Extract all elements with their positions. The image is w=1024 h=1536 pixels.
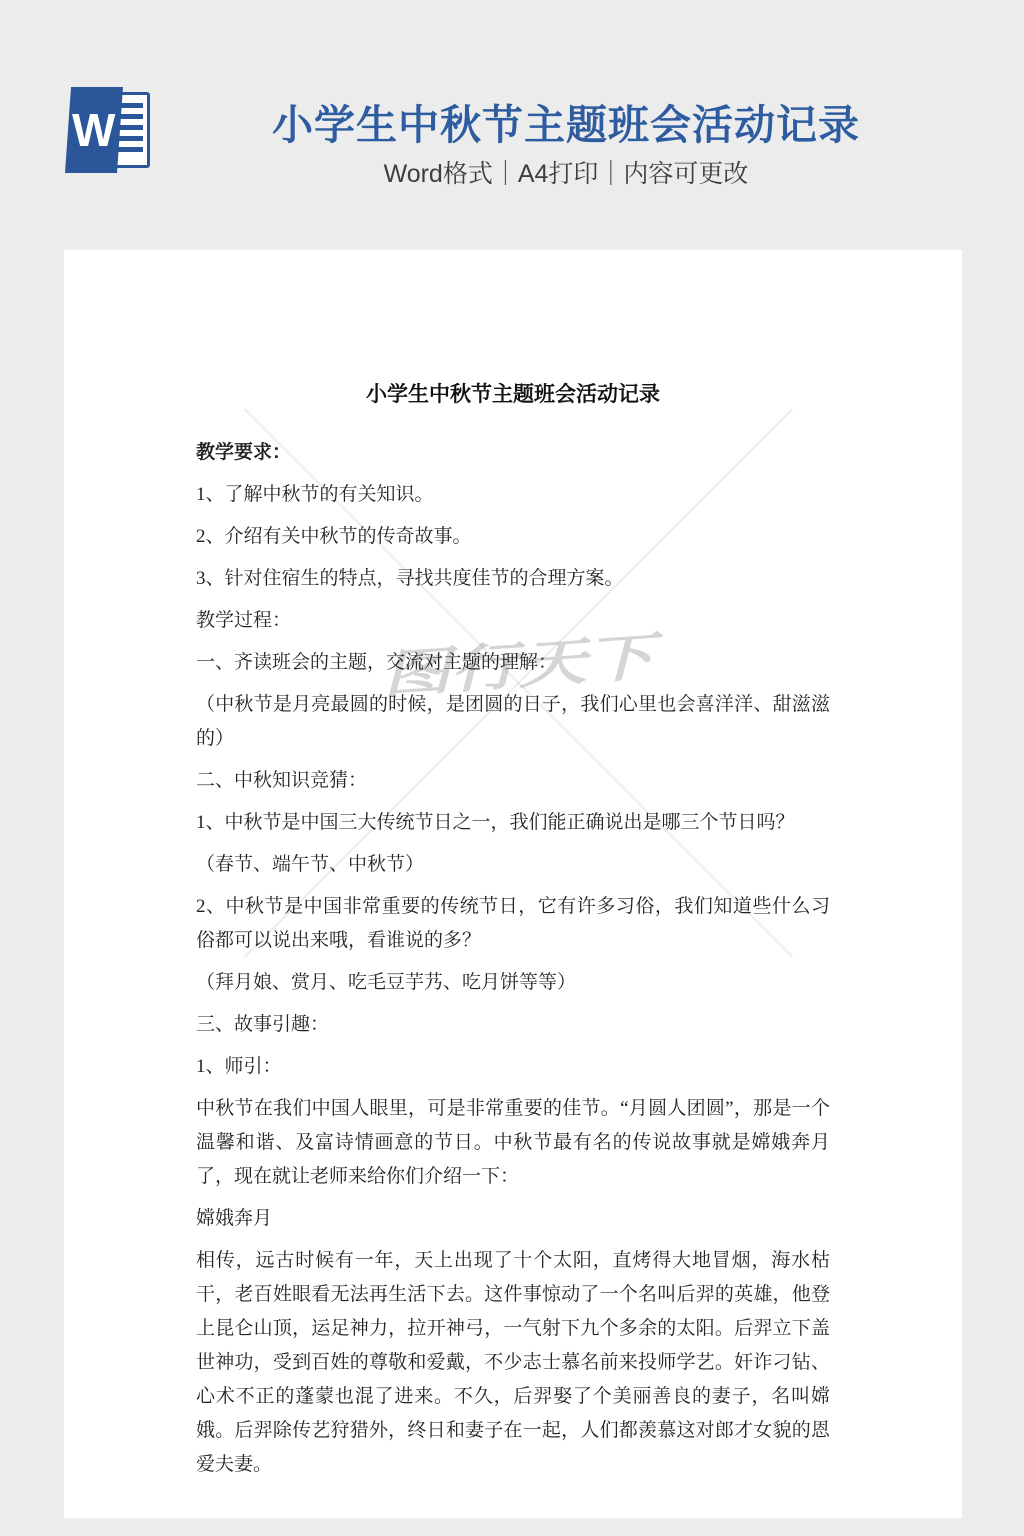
paragraph: 三、故事引趣：: [196, 1008, 830, 1042]
preview-subtitle: Word格式｜A4打印｜内容可更改: [104, 154, 1024, 190]
paragraph: （拜月娘、赏月、吃毛豆芋艿、吃月饼等等）: [196, 966, 830, 1000]
paragraph: 1、师引：: [196, 1050, 830, 1084]
document-page: 图行天下 小学生中秋节主题班会活动记录 教学要求：1、了解中秋节的有关知识。2、…: [64, 250, 962, 1518]
paragraph: 2、介绍有关中秋节的传奇故事。: [196, 520, 830, 554]
paragraph: 二、中秋知识竞猜：: [196, 764, 830, 798]
preview-title: 小学生中秋节主题班会活动记录: [104, 92, 1024, 151]
paragraph: 教学要求：: [196, 436, 830, 470]
paragraph: 1、了解中秋节的有关知识。: [196, 478, 830, 512]
document-content: 小学生中秋节主题班会活动记录 教学要求：1、了解中秋节的有关知识。2、介绍有关中…: [64, 377, 962, 1482]
paragraph: 中秋节在我们中国人眼里，可是非常重要的佳节。“月圆人团圆”，那是一个温馨和谐、及…: [196, 1092, 830, 1194]
paragraph: 2、中秋节是中国非常重要的传统节日，它有许多习俗，我们知道些什么习俗都可以说出来…: [196, 890, 830, 958]
preview-header: W 小学生中秋节主题班会活动记录 Word格式｜A4打印｜内容可更改: [0, 0, 1024, 250]
paragraph: 教学过程：: [196, 604, 830, 638]
paragraph: 3、针对住宿生的特点，寻找共度佳节的合理方案。: [196, 562, 830, 596]
paragraph: 一、齐读班会的主题，交流对主题的理解：: [196, 646, 830, 680]
document-title: 小学生中秋节主题班会活动记录: [196, 377, 830, 411]
paragraph: （春节、端午节、中秋节）: [196, 848, 830, 882]
paragraph: 嫦娥奔月: [196, 1202, 830, 1236]
paragraph: 1、中秋节是中国三大传统节日之一，我们能正确说出是哪三个节日吗？: [196, 806, 830, 840]
paragraph: （中秋节是月亮最圆的时候，是团圆的日子，我们心里也会喜洋洋、甜滋滋的）: [196, 688, 830, 756]
document-body: 教学要求：1、了解中秋节的有关知识。2、介绍有关中秋节的传奇故事。3、针对住宿生…: [196, 436, 830, 1482]
paragraph: 相传，远古时候有一年，天上出现了十个太阳，直烤得大地冒烟，海水枯干，老百姓眼看无…: [196, 1244, 830, 1482]
